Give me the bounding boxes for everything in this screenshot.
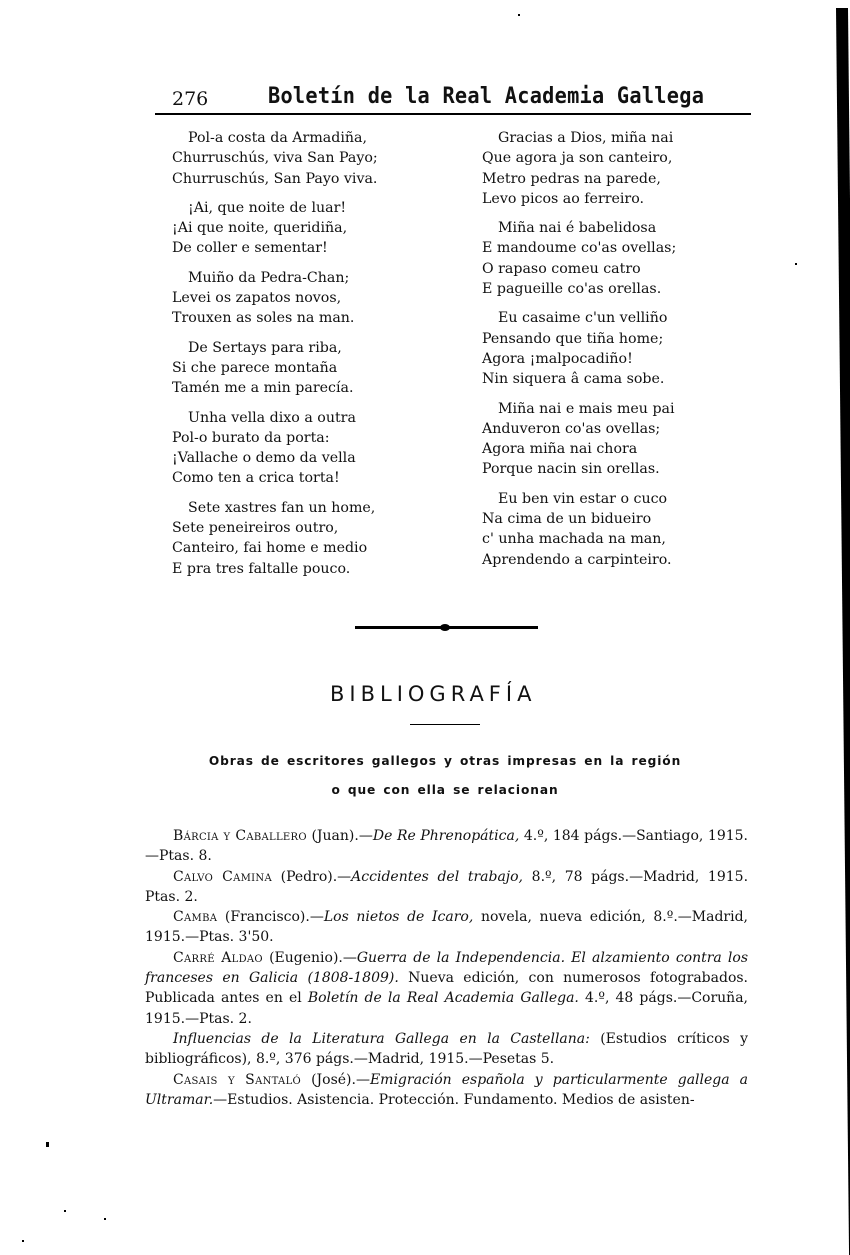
verse-line: Que agora ja son canteiro, <box>482 148 742 168</box>
verse-line: Unha vella dixo a outra <box>172 408 432 428</box>
verse-line: Miña nai é babelidosa <box>482 218 742 238</box>
bibliography-entry: Calvo Camina (Pedro).—Accidentes del tra… <box>145 867 748 908</box>
verse-line: Metro pedras na parede, <box>482 169 742 189</box>
bibliography-entry: Bárcia y Caballero (Juan).—De Re Phrenop… <box>145 826 748 867</box>
verse-line: Si che parece montaña <box>172 358 432 378</box>
header-rule <box>155 113 751 115</box>
verse-line: Aprendendo a carpinteiro. <box>482 550 742 570</box>
scan-speck <box>795 263 797 265</box>
verse-line: Levei os zapatos novos, <box>172 288 432 308</box>
section-subtitle-line2: o que con ella se relacionan <box>0 783 850 797</box>
bibliography-entry: Camba (Francisco).—Los nietos de Icaro, … <box>145 907 748 948</box>
stanza: Muiño da Pedra-Chan; Levei os zapatos no… <box>172 268 432 329</box>
verse-line: Agora miña nai chora <box>482 439 742 459</box>
verse-line: Eu ben vin estar o cuco <box>482 489 742 509</box>
verse-line: ¡Ai que noite, queridiña, <box>172 218 432 238</box>
verse-line: ¡Ai, que noite de luar! <box>172 198 432 218</box>
poem-right-column: Gracias a Dios, miña nai Que agora ja so… <box>482 128 742 579</box>
entry-title-secondary: Boletín de la Real Academia Gallega. <box>308 990 579 1006</box>
verse-line: Trouxen as soles na man. <box>172 308 432 328</box>
poem-left-column: Pol-a costa da Armadiña, Churruschús, vi… <box>172 128 432 588</box>
verse-line: Levo picos ao ferreiro. <box>482 189 742 209</box>
entry-details: —Estudios. Asistencia. Protección. Funda… <box>213 1092 694 1108</box>
verse-line: Gracias a Dios, miña nai <box>482 128 742 148</box>
verse-line: Porque nacin sin orellas. <box>482 459 742 479</box>
stanza: Sete xastres fan un home, Sete peneireir… <box>172 498 432 579</box>
entry-author: Carré Aldao <box>173 950 263 966</box>
scan-speck <box>22 1240 24 1242</box>
verse-line: De Sertays para riba, <box>172 338 432 358</box>
journal-title: Boletín de la Real Academia Gallega <box>268 84 704 109</box>
entry-author: Casais y Santaló <box>173 1072 301 1088</box>
verse-line: Pol-o burato da porta: <box>172 428 432 448</box>
stanza: Pol-a costa da Armadiña, Churruschús, vi… <box>172 128 432 189</box>
scan-speck <box>64 1210 66 1212</box>
entry-given-name: (Eugenio).— <box>263 950 357 966</box>
stanza: Miña nai e mais meu pai Anduveron co'as … <box>482 399 742 480</box>
verse-line: E mandoume co'as ovellas; <box>482 238 742 258</box>
verse-line: Tamén me a min parecía. <box>172 378 432 398</box>
entry-author: Camba <box>173 909 217 925</box>
verse-line: Canteiro, fai home e medio <box>172 538 432 558</box>
verse-line: E pagueille co'as orellas. <box>482 279 742 299</box>
stanza: Miña nai é babelidosa E mandoume co'as o… <box>482 218 742 299</box>
verse-line: Pol-a costa da Armadiña, <box>172 128 432 148</box>
entry-given-name: (Francisco).— <box>217 909 324 925</box>
verse-line: Churruschús, viva San Payo; <box>172 148 432 168</box>
stanza: De Sertays para riba, Si che parece mont… <box>172 338 432 399</box>
scan-speck <box>46 1142 49 1147</box>
verse-line: Muiño da Pedra-Chan; <box>172 268 432 288</box>
entry-title: Accidentes del trabajo, <box>351 869 523 885</box>
verse-line: c' unha machada na man, <box>482 529 742 549</box>
scan-speck <box>518 14 520 16</box>
page-number: 276 <box>172 88 208 110</box>
verse-line: Sete peneireiros outro, <box>172 518 432 538</box>
bibliography-list: Bárcia y Caballero (Juan).—De Re Phrenop… <box>145 826 748 1110</box>
entry-title: Influencias de la Literatura Gallega en … <box>173 1031 590 1047</box>
section-title: BIBLIOGRAFÍA <box>330 682 536 706</box>
verse-line: Churruschús, San Payo viva. <box>172 169 432 189</box>
stanza: Unha vella dixo a outra Pol-o burato da … <box>172 408 432 489</box>
ornament-center-icon <box>440 624 450 631</box>
verse-line: Agora ¡malpocadiño! <box>482 349 742 369</box>
stanza: ¡Ai, que noite de luar! ¡Ai que noite, q… <box>172 198 432 259</box>
stanza: Eu ben vin estar o cuco Na cima de un bi… <box>482 489 742 570</box>
verse-line: E pra tres faltalle pouco. <box>172 559 432 579</box>
running-header: 276 Boletín de la Real Academia Gallega <box>170 84 750 114</box>
section-subtitle-line1: Obras de escritores gallegos y otras imp… <box>0 754 850 768</box>
verse-line: Eu casaime c'un velliño <box>482 308 742 328</box>
verse-line: O rapaso comeu catro <box>482 259 742 279</box>
document-page: 276 Boletín de la Real Academia Gallega … <box>0 0 850 1255</box>
entry-author: Calvo Camina <box>173 869 272 885</box>
title-underline <box>410 724 480 725</box>
entry-title: Los nietos de Icaro, <box>324 909 473 925</box>
bibliography-entry: Influencias de la Literatura Gallega en … <box>145 1029 748 1070</box>
verse-line: Pensando que tiña home; <box>482 329 742 349</box>
entry-given-name: (Pedro).— <box>272 869 351 885</box>
entry-author: Bárcia y Caballero <box>173 828 307 844</box>
verse-line: Sete xastres fan un home, <box>172 498 432 518</box>
entry-title: De Re Phrenopática, <box>373 828 519 844</box>
verse-line: ¡Vallache o demo da vella <box>172 448 432 468</box>
bibliography-entry: Casais y Santaló (José).—Emigración espa… <box>145 1070 748 1111</box>
bibliography-entry: Carré Aldao (Eugenio).—Guerra de la Inde… <box>145 948 748 1029</box>
stanza: Eu casaime c'un velliño Pensando que tiñ… <box>482 308 742 389</box>
scan-speck <box>104 1218 106 1220</box>
verse-line: Como ten a crica torta! <box>172 468 432 488</box>
verse-line: Anduveron co'as ovellas; <box>482 419 742 439</box>
verse-line: Miña nai e mais meu pai <box>482 399 742 419</box>
stanza: Gracias a Dios, miña nai Que agora ja so… <box>482 128 742 209</box>
verse-line: De coller e sementar! <box>172 238 432 258</box>
binding-edge-shadow <box>836 8 850 1255</box>
verse-line: Na cima de un bidueiro <box>482 509 742 529</box>
entry-given-name: (Juan).— <box>307 828 373 844</box>
entry-given-name: (José).— <box>301 1072 370 1088</box>
verse-line: Nin siquera â cama sobe. <box>482 369 742 389</box>
